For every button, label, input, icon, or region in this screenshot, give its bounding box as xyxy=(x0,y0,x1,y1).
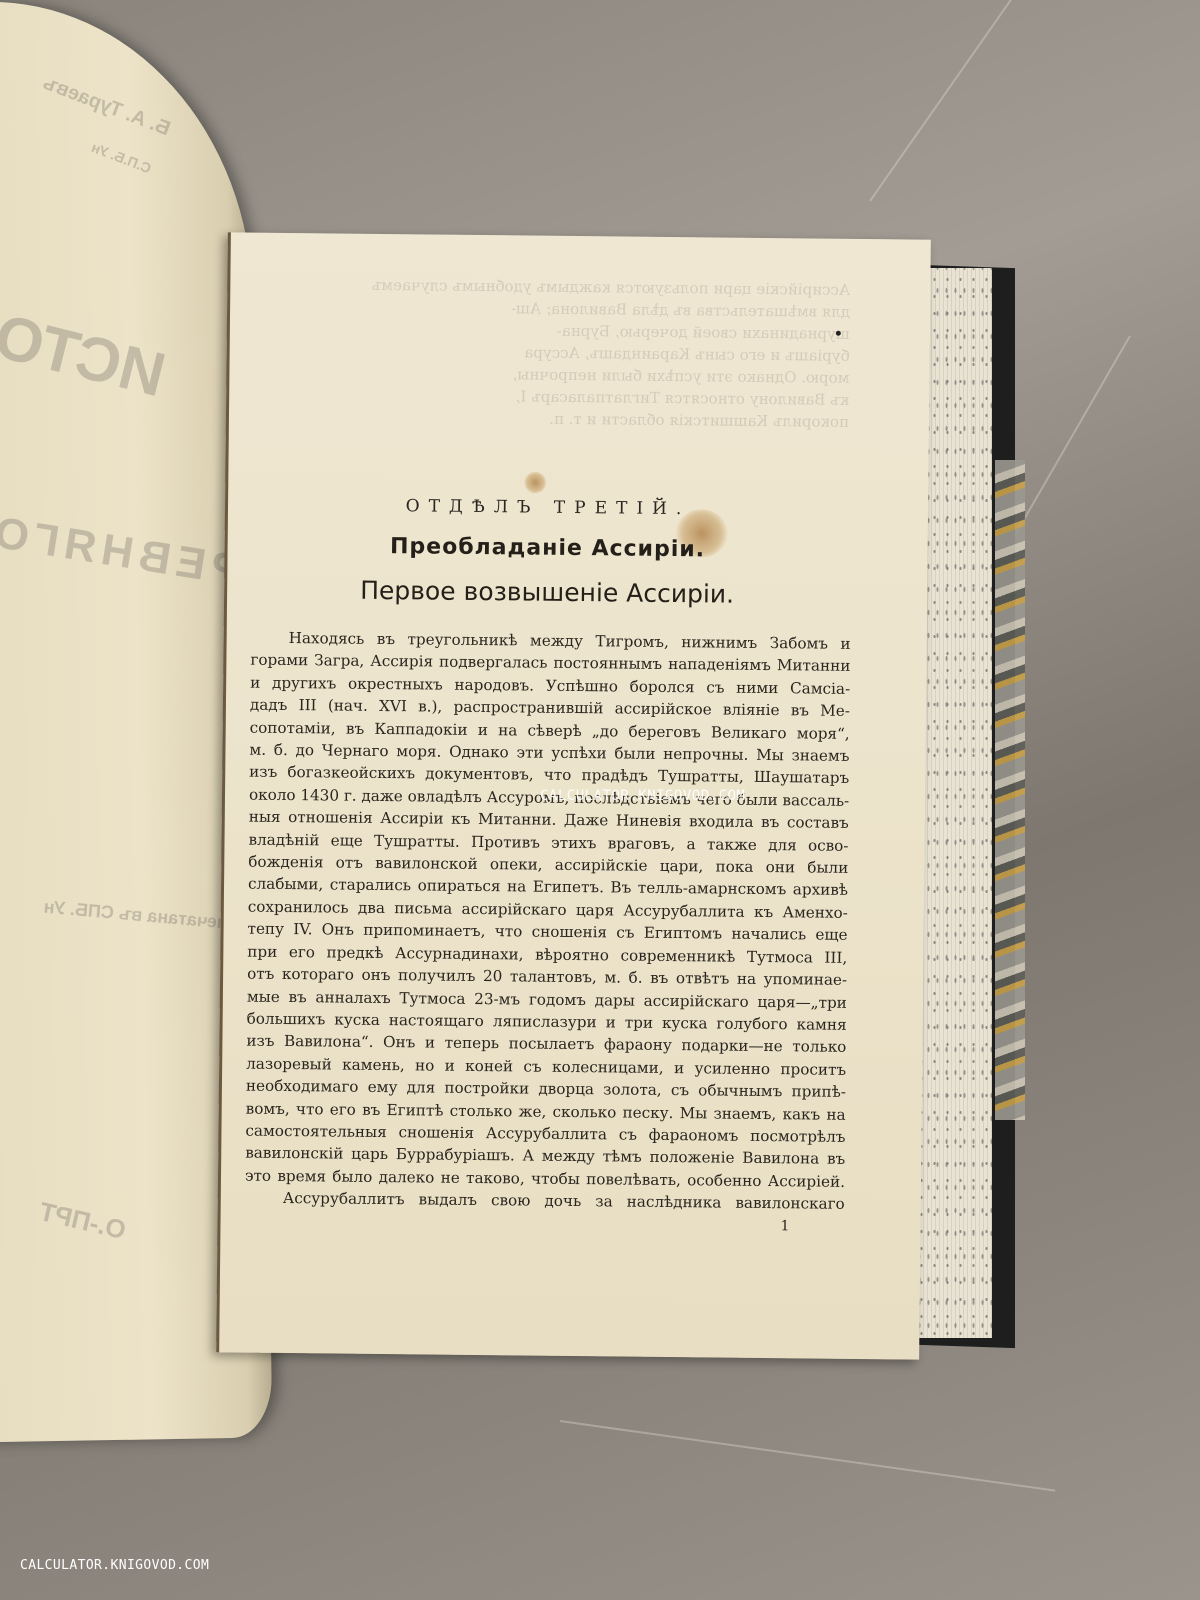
marbled-endpaper xyxy=(995,460,1025,1120)
chapter-title: Первое возвышеніе Ассиріи. xyxy=(227,574,867,610)
body-paragraph: Находясь въ треугольникѣ между Тигромъ, … xyxy=(245,627,851,1216)
watermark-bottom-left: CALCULATOR.KNIGOVOD.COM xyxy=(20,1558,209,1573)
ink-dot xyxy=(836,331,841,336)
show-through-text: Ассирійскіе цари пользуются каждымъ удоб… xyxy=(289,273,851,433)
section-label: ОТДѢЛЪ ТРЕТІЙ. xyxy=(228,494,868,521)
marble-vein xyxy=(869,0,1054,202)
ghost-imprint-text: С.П.Б. Ун xyxy=(89,139,153,176)
marble-vein xyxy=(560,1420,1055,1492)
part-title: Преобладаніе Ассиріи. xyxy=(227,532,867,564)
ghost-printed-text: печатана въ СПБ. Ун xyxy=(43,897,229,934)
stain-mark xyxy=(524,471,546,493)
ghost-printer-text: О.-ПРТ xyxy=(36,1196,128,1246)
ghost-author-text: Б. А. Тураевъ xyxy=(40,72,174,142)
ghost-title-text: ИСТО xyxy=(0,301,172,412)
watermark-center: CALCULATOR.KNIGOVOD.COM xyxy=(540,788,745,804)
page-number: 1 xyxy=(780,1218,789,1234)
